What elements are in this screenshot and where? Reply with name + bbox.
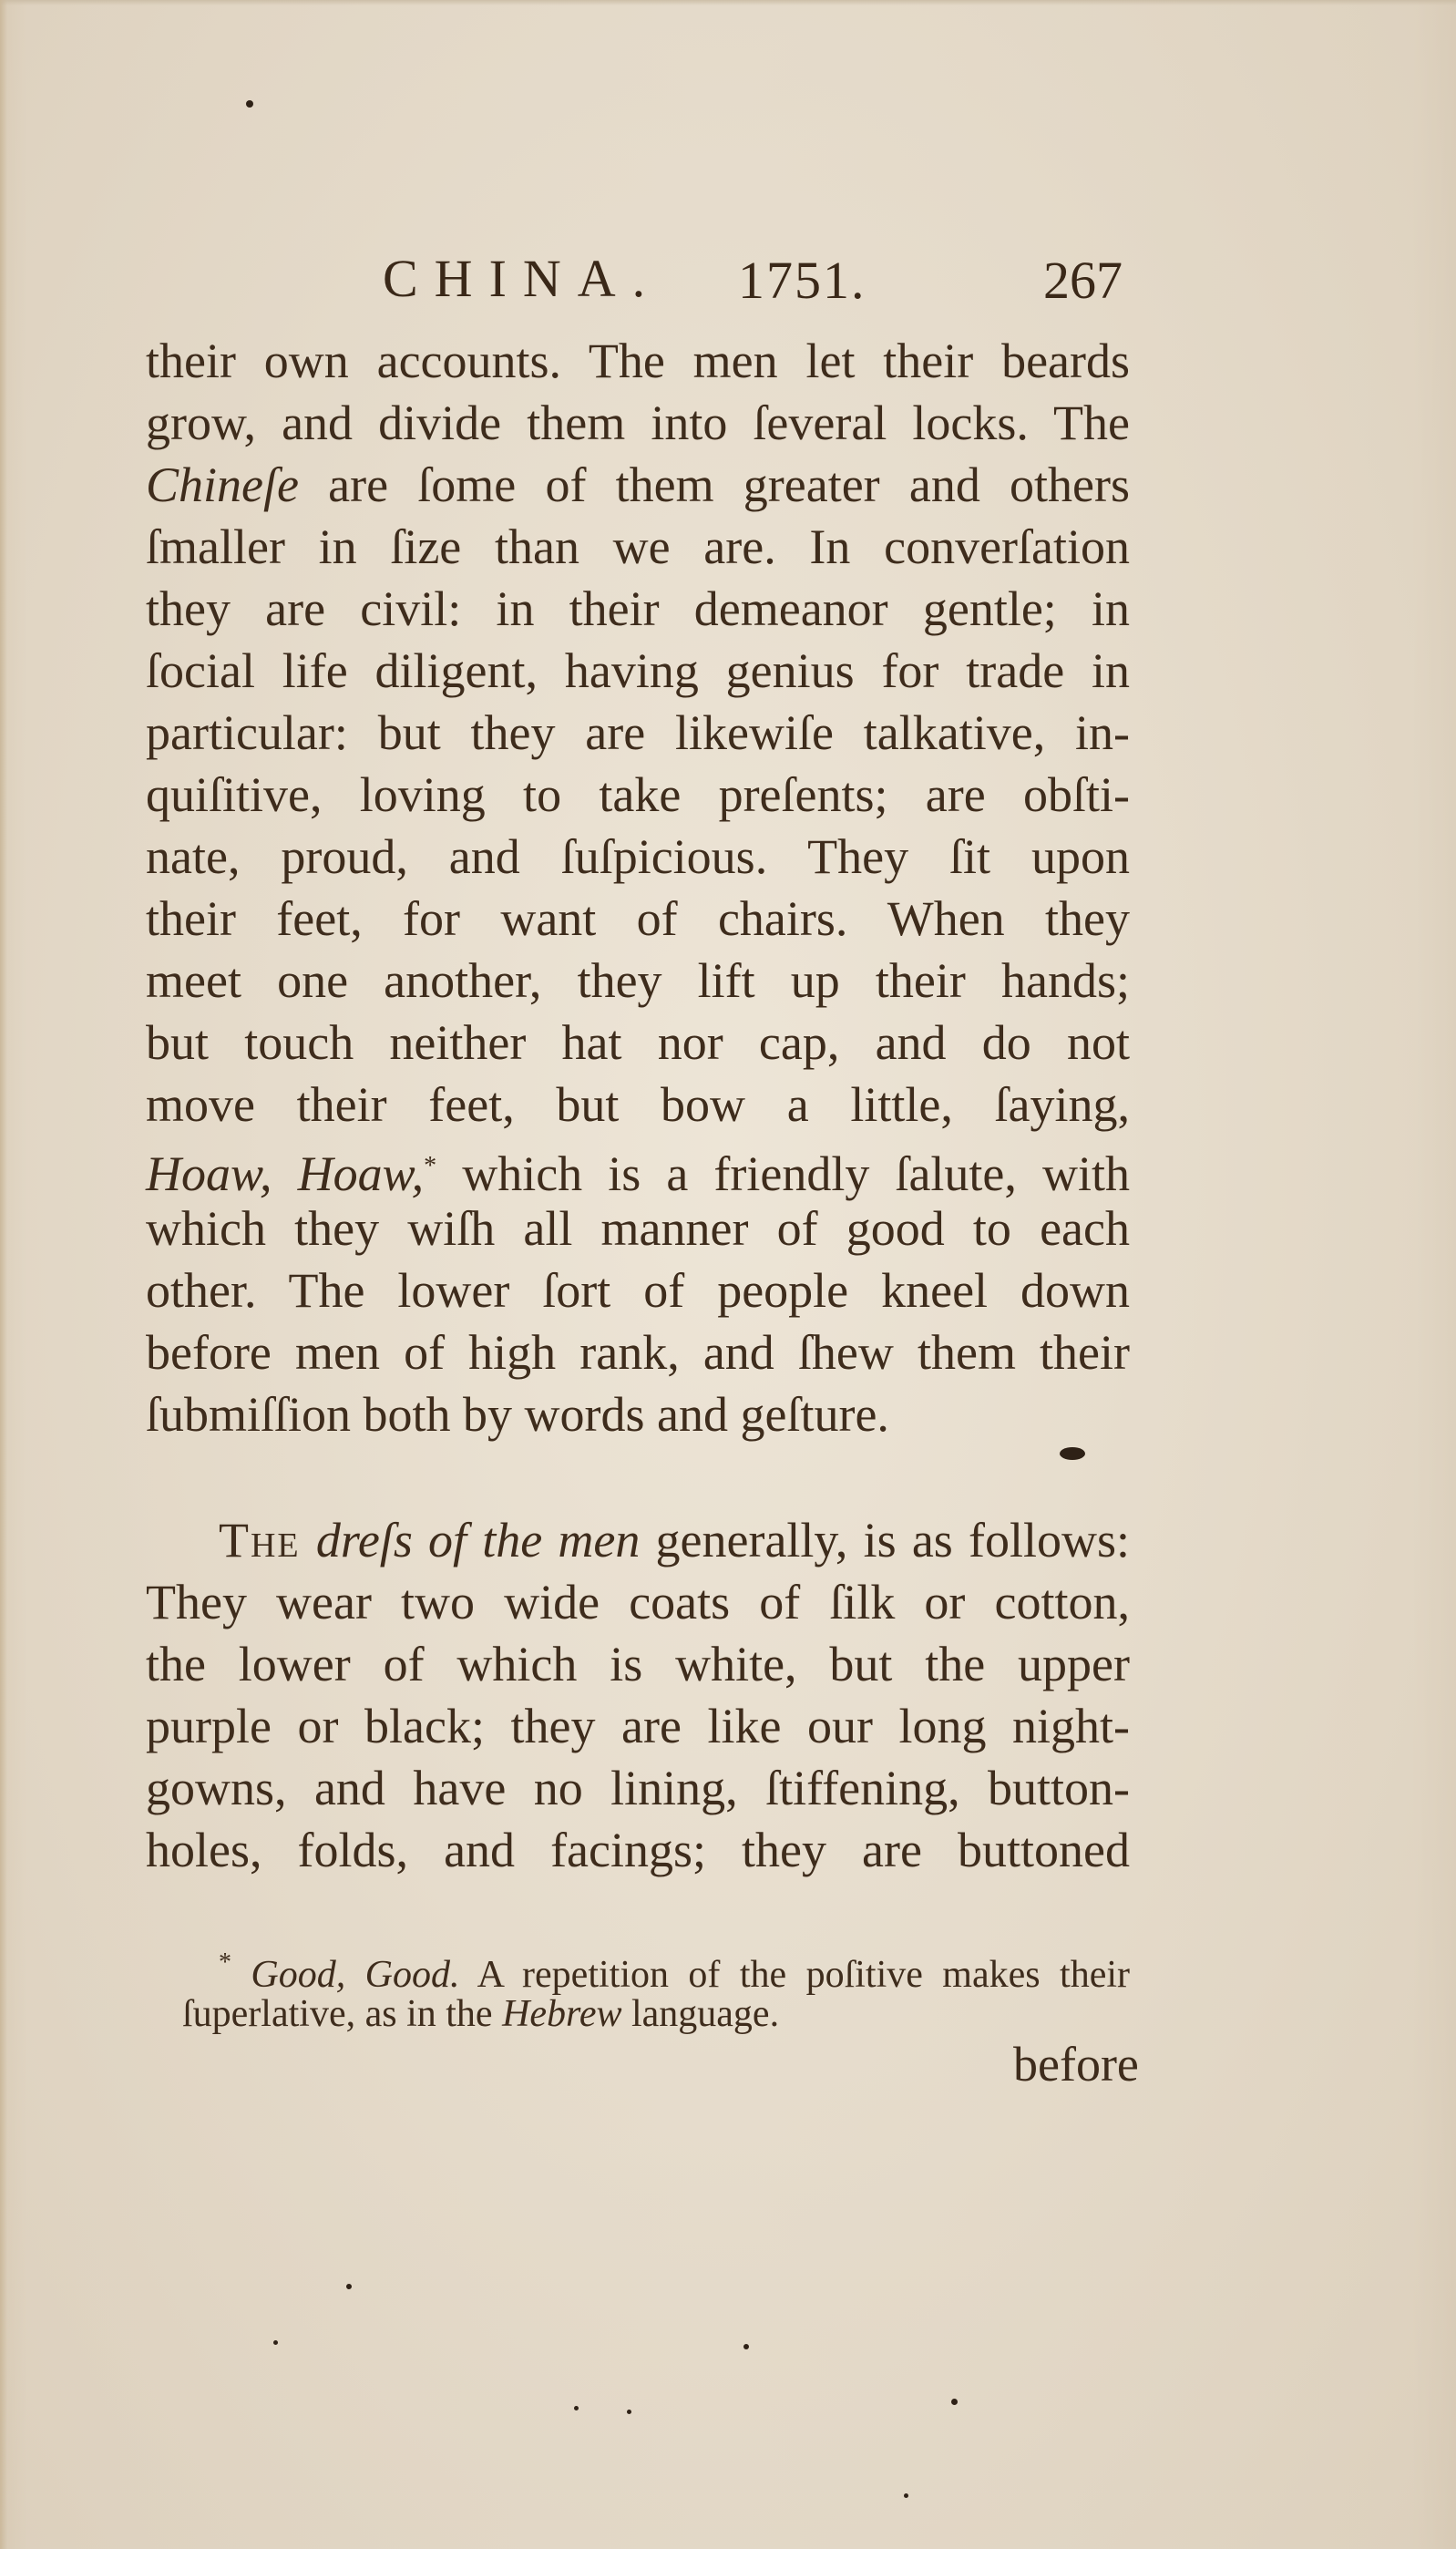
- text-line: move their feet, but bow a little, ſayin…: [146, 1074, 1130, 1136]
- text-line: their feet, for want of chairs. When the…: [146, 888, 1130, 950]
- footnote-line: ſuperlative, as in the Hebrew language.: [182, 1989, 1130, 2040]
- text-line: The dreſs of the men generally, is as fo…: [146, 1509, 1130, 1571]
- paper-speck: [346, 2284, 352, 2289]
- text-line: Chineſe are ſome of them greater and oth…: [146, 454, 1130, 516]
- paper-speck: [627, 2410, 631, 2414]
- text-line: gowns, and have no lining, ſtiffening, b…: [146, 1757, 1130, 1819]
- text-line: their own accounts. The men let their be…: [146, 330, 1130, 392]
- page-number: 267: [1043, 250, 1123, 311]
- text-line: particular: but they are likewiſe talkat…: [146, 702, 1130, 764]
- text-line: the lower of which is white, but the upp…: [146, 1633, 1130, 1695]
- body-text: their own accounts. The men let their be…: [146, 330, 1130, 1881]
- paper-speck: [1060, 1447, 1085, 1460]
- italic-word: Chineſe: [146, 457, 299, 512]
- text-line: which they wiſh all manner of good to ea…: [146, 1197, 1130, 1259]
- catchword: before: [1013, 2036, 1139, 2092]
- italic-phrase: dreſs of the men: [301, 1513, 641, 1567]
- footnote-reference[interactable]: *: [424, 1152, 436, 1180]
- text-line: Hoaw, Hoaw,* which is a friendly ſalute,…: [146, 1136, 1130, 1197]
- text-line: meet one another, they lift up their han…: [146, 950, 1130, 1012]
- paper-speck: [273, 2340, 278, 2345]
- footnote-mark: *: [219, 1948, 231, 1977]
- running-head: CHINA. 1751. 267: [383, 248, 1166, 312]
- paragraph-2: The dreſs of the men generally, is as fo…: [146, 1509, 1130, 1881]
- text-span: which is a friendly ſalute, with: [436, 1146, 1130, 1201]
- running-head-title: CHINA.: [383, 248, 661, 309]
- paper-speck: [743, 2344, 749, 2349]
- text-line: purple or black; they are like our long …: [146, 1695, 1130, 1757]
- text-line: holes, folds, and facings; they are butt…: [146, 1819, 1130, 1881]
- text-span: ſuperlative, as in the: [182, 1993, 502, 2035]
- paper-speck: [574, 2406, 579, 2410]
- text-line: nate, proud, and ſuſpicious. They ſit up…: [146, 826, 1130, 888]
- text-line: before men of high rank, and ſhew them t…: [146, 1321, 1130, 1383]
- paper-speck: [951, 2399, 958, 2405]
- text-line: ſubmiſſion both by words and geſture.: [146, 1383, 1130, 1445]
- text-line: ſocial life diligent, having genius for …: [146, 640, 1130, 702]
- paper-speck: [904, 2493, 908, 2498]
- text-line: grow, and divide them into ſeveral locks…: [146, 392, 1130, 454]
- text-line: they are civil: in their demeanor gentle…: [146, 578, 1130, 640]
- text-span: language.: [621, 1993, 779, 2035]
- page-gutter-edge: [0, 0, 7, 2549]
- running-head-year: 1751.: [738, 250, 866, 311]
- text-line: ſmaller in ſize than we are. In converſa…: [146, 516, 1130, 578]
- smallcaps-word: The: [219, 1513, 301, 1567]
- text-span: are ſome of them greater and others: [299, 457, 1130, 512]
- text-line: quiſitive, loving to take preſents; are …: [146, 764, 1130, 826]
- text-line: but touch neither hat nor cap, and do no…: [146, 1012, 1130, 1074]
- footnote-line: * Good, Good. A repetition of the poſiti…: [182, 1937, 1130, 1989]
- italic-word: Hoaw, Hoaw,: [146, 1146, 424, 1201]
- paper-speck: [246, 100, 253, 108]
- italic-word: Hebrew: [502, 1993, 621, 2035]
- text-span: generally, is as follows:: [640, 1513, 1130, 1567]
- paragraph-1: their own accounts. The men let their be…: [146, 330, 1130, 1445]
- text-line: They wear two wide coats of ſilk or cott…: [146, 1571, 1130, 1633]
- page-top-edge: [0, 0, 1456, 5]
- book-page: CHINA. 1751. 267 their own accounts. The…: [0, 0, 1456, 2549]
- text-line: other. The lower ſort of people kneel do…: [146, 1259, 1130, 1321]
- footnote: * Good, Good. A repetition of the poſiti…: [182, 1937, 1130, 2040]
